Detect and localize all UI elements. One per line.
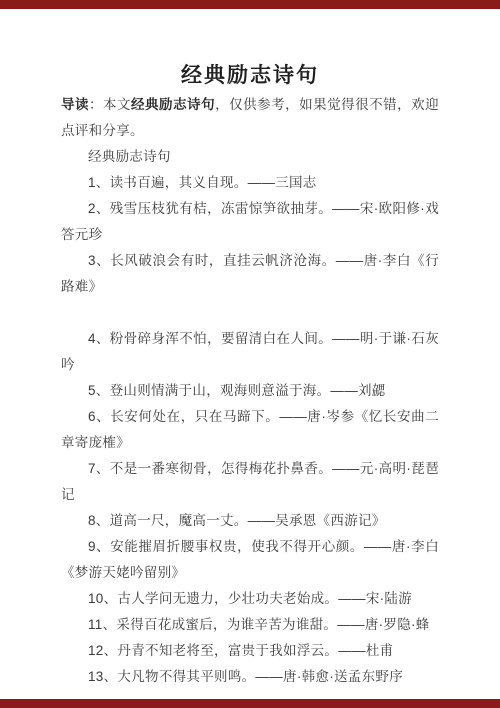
quote-item: 10、古人学问无遗力，少壮功夫老始成。——宋·陆游	[61, 586, 439, 612]
quote-item: 11、采得百花成蜜后，为谁辛苦为谁甜。——唐·罗隐·蜂	[61, 612, 439, 638]
quote-item: 2、残雪压枝犹有桔，冻雷惊笋欲抽芽。——宋·欧阳修·戏答元珍	[61, 196, 439, 248]
quote-item: 12、丹青不知老将至，富贵于我如浮云。——杜甫	[61, 638, 439, 664]
quote-item: 3、长风破浪会有时，直挂云帆济沧海。——唐·李白《行路难》	[61, 248, 439, 300]
intro-separator: ：	[89, 97, 103, 112]
paragraph-spacer	[61, 300, 439, 326]
intro-prefix: 本文	[103, 97, 131, 112]
quote-item: 7、不是一番寒彻骨，怎得梅花扑鼻香。——元·高明·琵琶记	[61, 456, 439, 508]
intro-label: 导读	[61, 97, 89, 112]
section-subtitle: 经典励志诗句	[61, 144, 439, 170]
quote-item: 4、粉骨碎身浑不怕，要留清白在人间。——明·于谦·石灰吟	[61, 326, 439, 378]
quote-item: 5、登山则情满于山，观海则意溢于海。——刘勰	[61, 378, 439, 404]
intro-paragraph: 导读：本文经典励志诗句，仅供参考，如果觉得很不错，欢迎点评和分享。	[61, 92, 439, 144]
quote-item: 13、大凡物不得其平则鸣。——唐·韩愈·送孟东野序	[61, 664, 439, 690]
quote-list: 1、读书百遍，其义自现。——三国志 2、残雪压枝犹有桔，冻雷惊笋欲抽芽。——宋·…	[61, 170, 439, 690]
quote-item: 9、安能摧眉折腰事权贵，使我不得开心颜。——唐·李白《梦游天姥吟留别》	[61, 534, 439, 586]
intro-highlight: 经典励志诗句	[131, 97, 215, 112]
quote-item: 1、读书百遍，其义自现。——三国志	[61, 170, 439, 196]
document-body: 经典励志诗句 导读：本文经典励志诗句，仅供参考，如果觉得很不错，欢迎点评和分享。…	[0, 0, 500, 690]
page-title: 经典励志诗句	[61, 60, 439, 92]
quote-item: 8、道高一尺，魔高一丈。——吴承恩《西游记》	[61, 508, 439, 534]
bottom-accent-bar	[0, 699, 500, 708]
quote-item: 6、长安何处在，只在马蹄下。——唐·岑参《忆长安曲二章寄庞榷》	[61, 404, 439, 456]
